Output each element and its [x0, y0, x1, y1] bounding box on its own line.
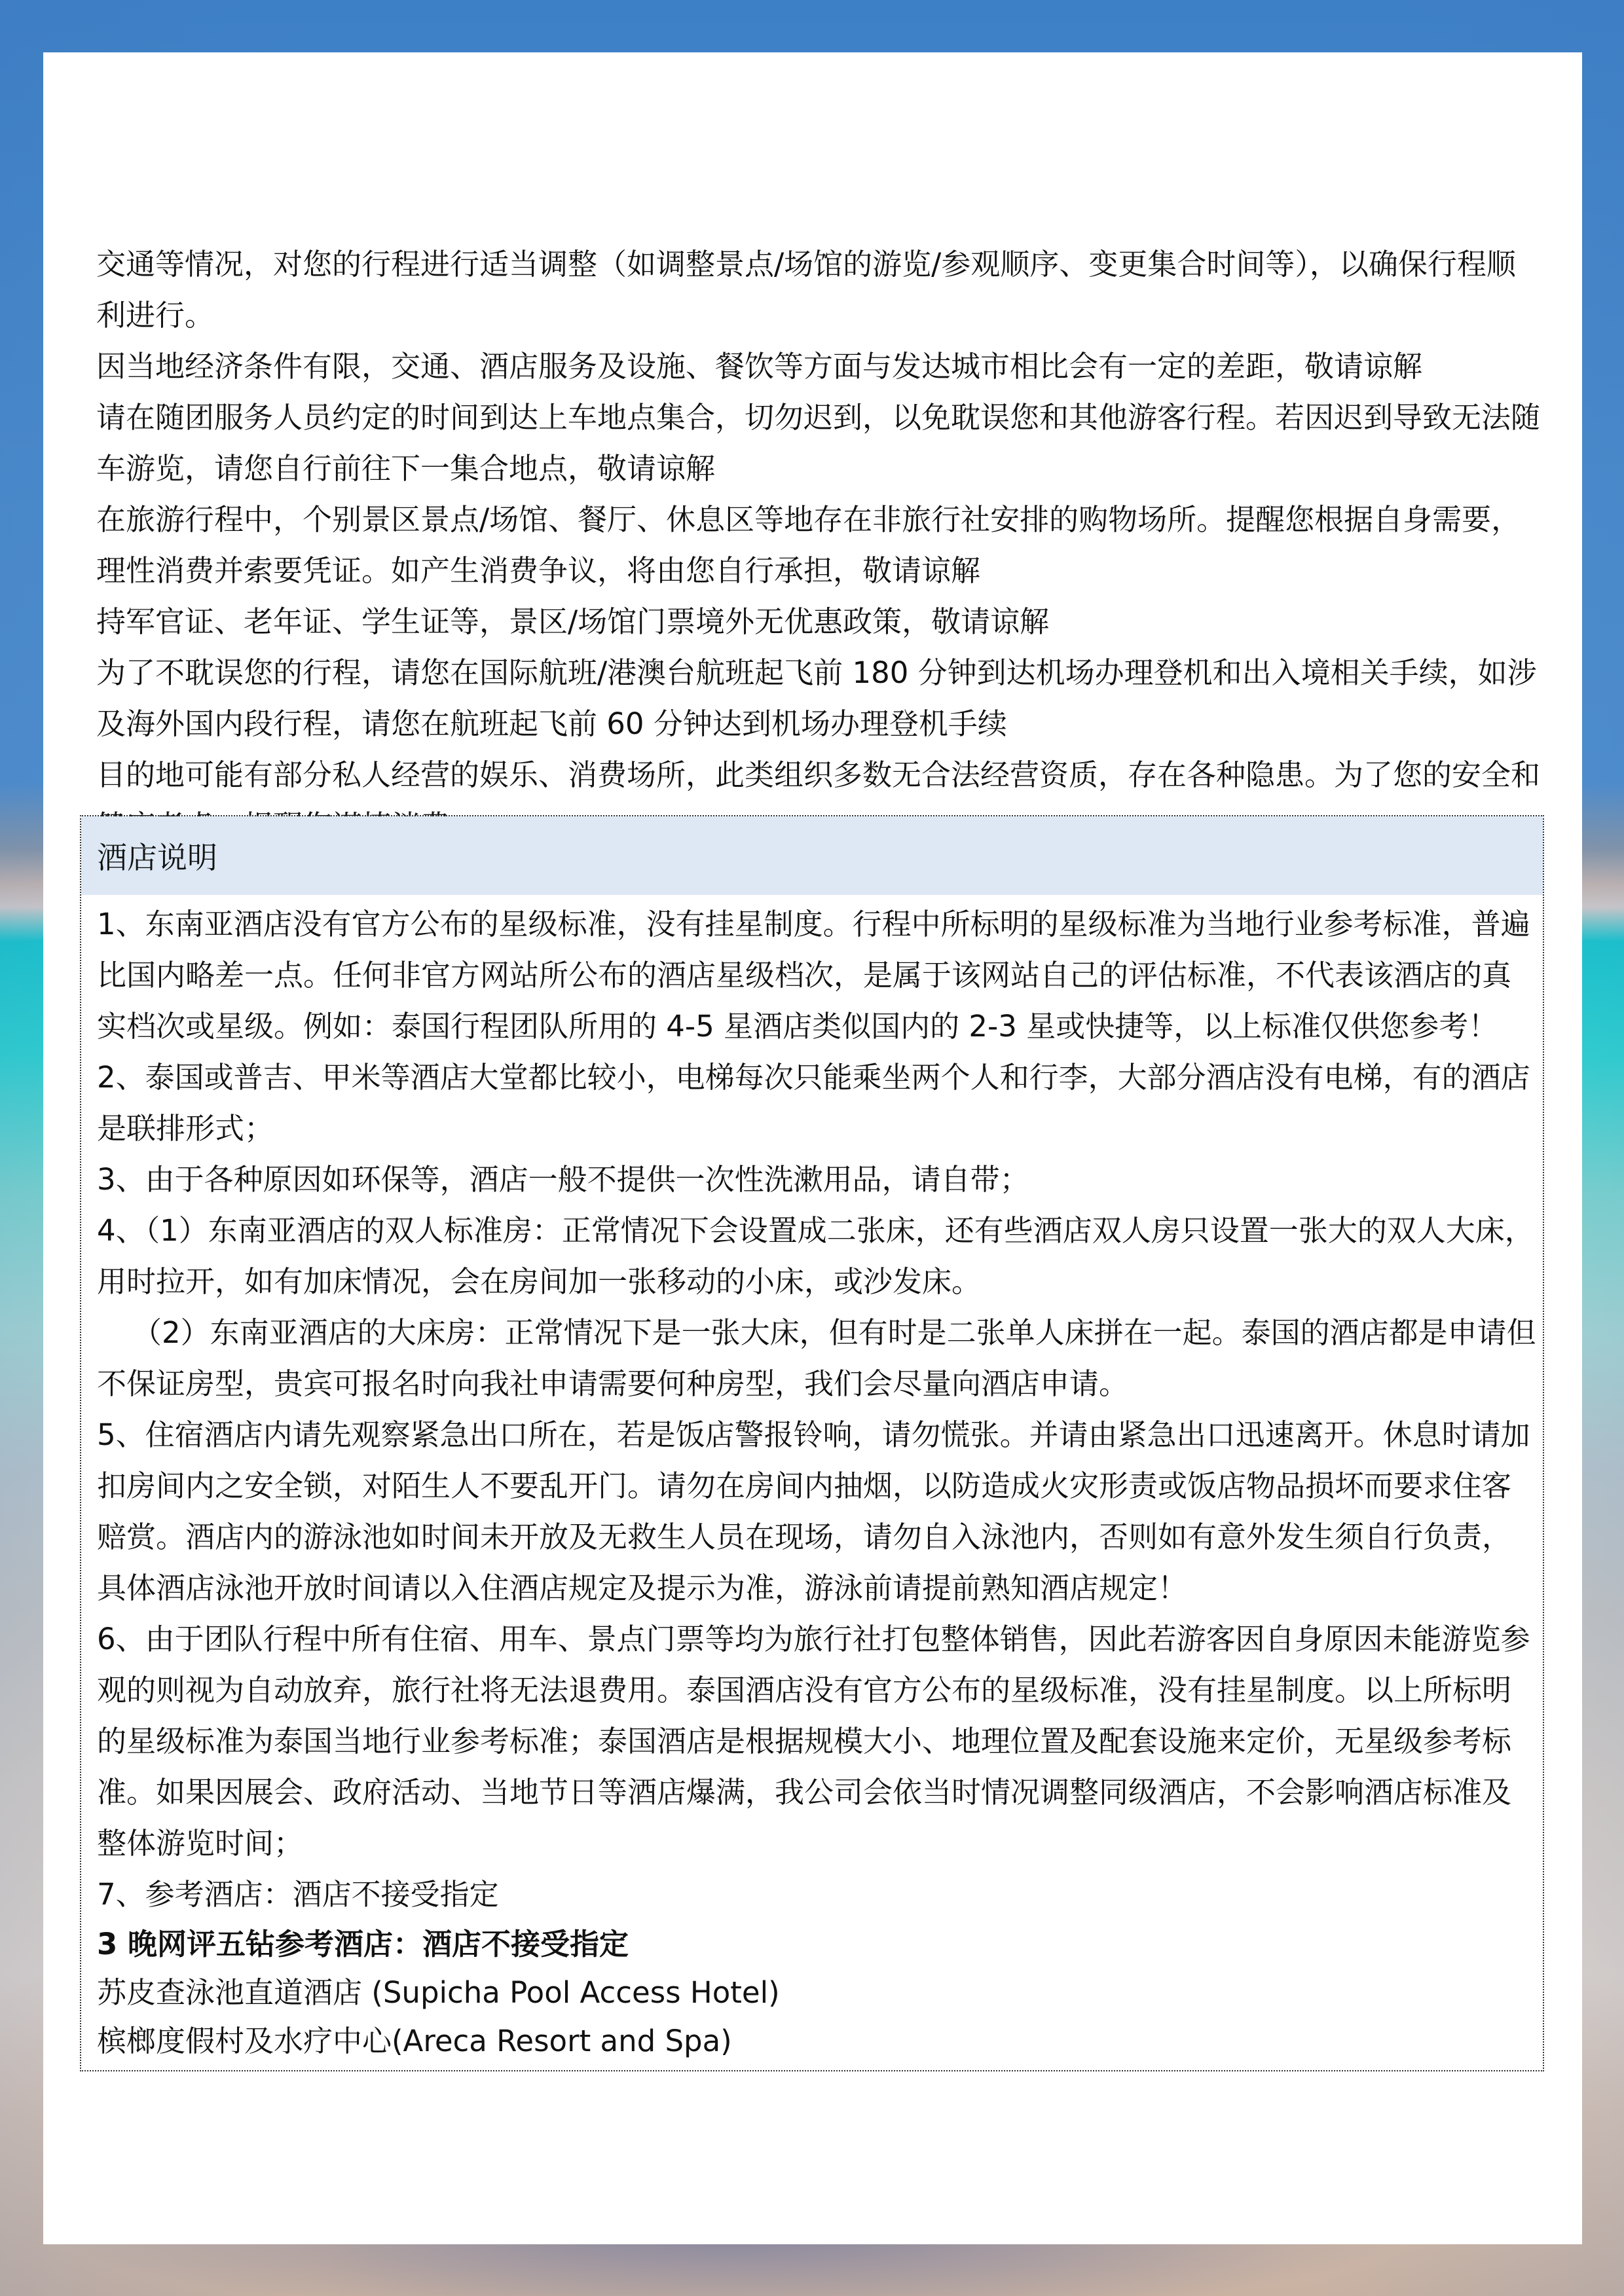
notice-shopping: 在旅游行程中，个别景区景点/场馆、餐厅、休息区等地存在非旅行社安排的购物场所。提…	[96, 494, 1545, 596]
reference-hotels-heading: 3 晚网评五钻参考酒店：酒店不接受指定	[97, 1920, 1540, 1969]
hotel-item-twin-room: 4、（1）东南亚酒店的双人标准房：正常情况下会设置成二张床，还有些酒店双人房只设…	[97, 1205, 1540, 1307]
page-content: 交通等情况，对您的行程进行适当调整（如调整景点/场馆的游览/参观顺序、变更集合时…	[96, 239, 1545, 852]
hotel-info-box: 酒店说明 1、东南亚酒店没有官方公布的星级标准，没有挂星制度。行程中所标明的星级…	[80, 815, 1544, 2071]
hotel-item-reference: 7、参考酒店：酒店不接受指定	[97, 1869, 1540, 1920]
notice-discount-cards: 持军官证、老年证、学生证等，景区/场馆门票境外无优惠政策，敬请谅解	[96, 596, 1545, 647]
notice-local-conditions: 因当地经济条件有限，交通、酒店服务及设施、餐饮等方面与发达城市相比会有一定的差距…	[96, 341, 1545, 392]
notice-punctuality: 请在随团服务人员约定的时间到达上车地点集合，切勿迟到，以免耽误您和其他游客行程。…	[96, 392, 1545, 494]
hotel-section-body: 1、东南亚酒店没有官方公布的星级标准，没有挂星制度。行程中所标明的星级标准为当地…	[81, 895, 1540, 2066]
hotel-item-safety: 5、住宿酒店内请先观察紧急出口所在，若是饭店警报铃响，请勿慌张。并请由紧急出口迅…	[97, 1410, 1540, 1614]
hotel-item-toiletries: 3、由于各种原因如环保等，酒店一般不提供一次性洗漱用品，请自带；	[97, 1154, 1540, 1205]
reference-hotel: 苏皮查泳池直道酒店 (Supicha Pool Access Hotel)	[97, 1969, 1540, 2017]
hotel-item-double-room: （2）东南亚酒店的大床房：正常情况下是一张大床，但有时是二张单人床拼在一起。泰国…	[97, 1307, 1540, 1410]
hotel-section-title: 酒店说明	[97, 834, 217, 877]
notice-schedule-adjustment: 交通等情况，对您的行程进行适当调整（如调整景点/场馆的游览/参观顺序、变更集合时…	[96, 239, 1545, 341]
hotel-section-header: 酒店说明	[81, 816, 1543, 895]
reference-hotel: 槟榔度假村及水疗中心(Areca Resort and Spa)	[97, 2017, 1540, 2066]
travel-notices: 交通等情况，对您的行程进行适当调整（如调整景点/场馆的游览/参观顺序、变更集合时…	[96, 239, 1545, 852]
hotel-item-lobby-elevator: 2、泰国或普吉、甲米等酒店大堂都比较小，电梯每次只能乘坐两个人和行李，大部分酒店…	[97, 1052, 1540, 1154]
hotel-item-package-policy: 6、由于团队行程中所有住宿、用车、景点门票等均为旅行社打包整体销售，因此若游客因…	[97, 1614, 1540, 1869]
document-page: 交通等情况，对您的行程进行适当调整（如调整景点/场馆的游览/参观顺序、变更集合时…	[43, 52, 1582, 2244]
notice-flight-checkin: 为了不耽误您的行程，请您在国际航班/港澳台航班起飞前 180 分钟到达机场办理登…	[96, 647, 1545, 750]
hotel-item-star-rating: 1、东南亚酒店没有官方公布的星级标准，没有挂星制度。行程中所标明的星级标准为当地…	[97, 899, 1540, 1052]
